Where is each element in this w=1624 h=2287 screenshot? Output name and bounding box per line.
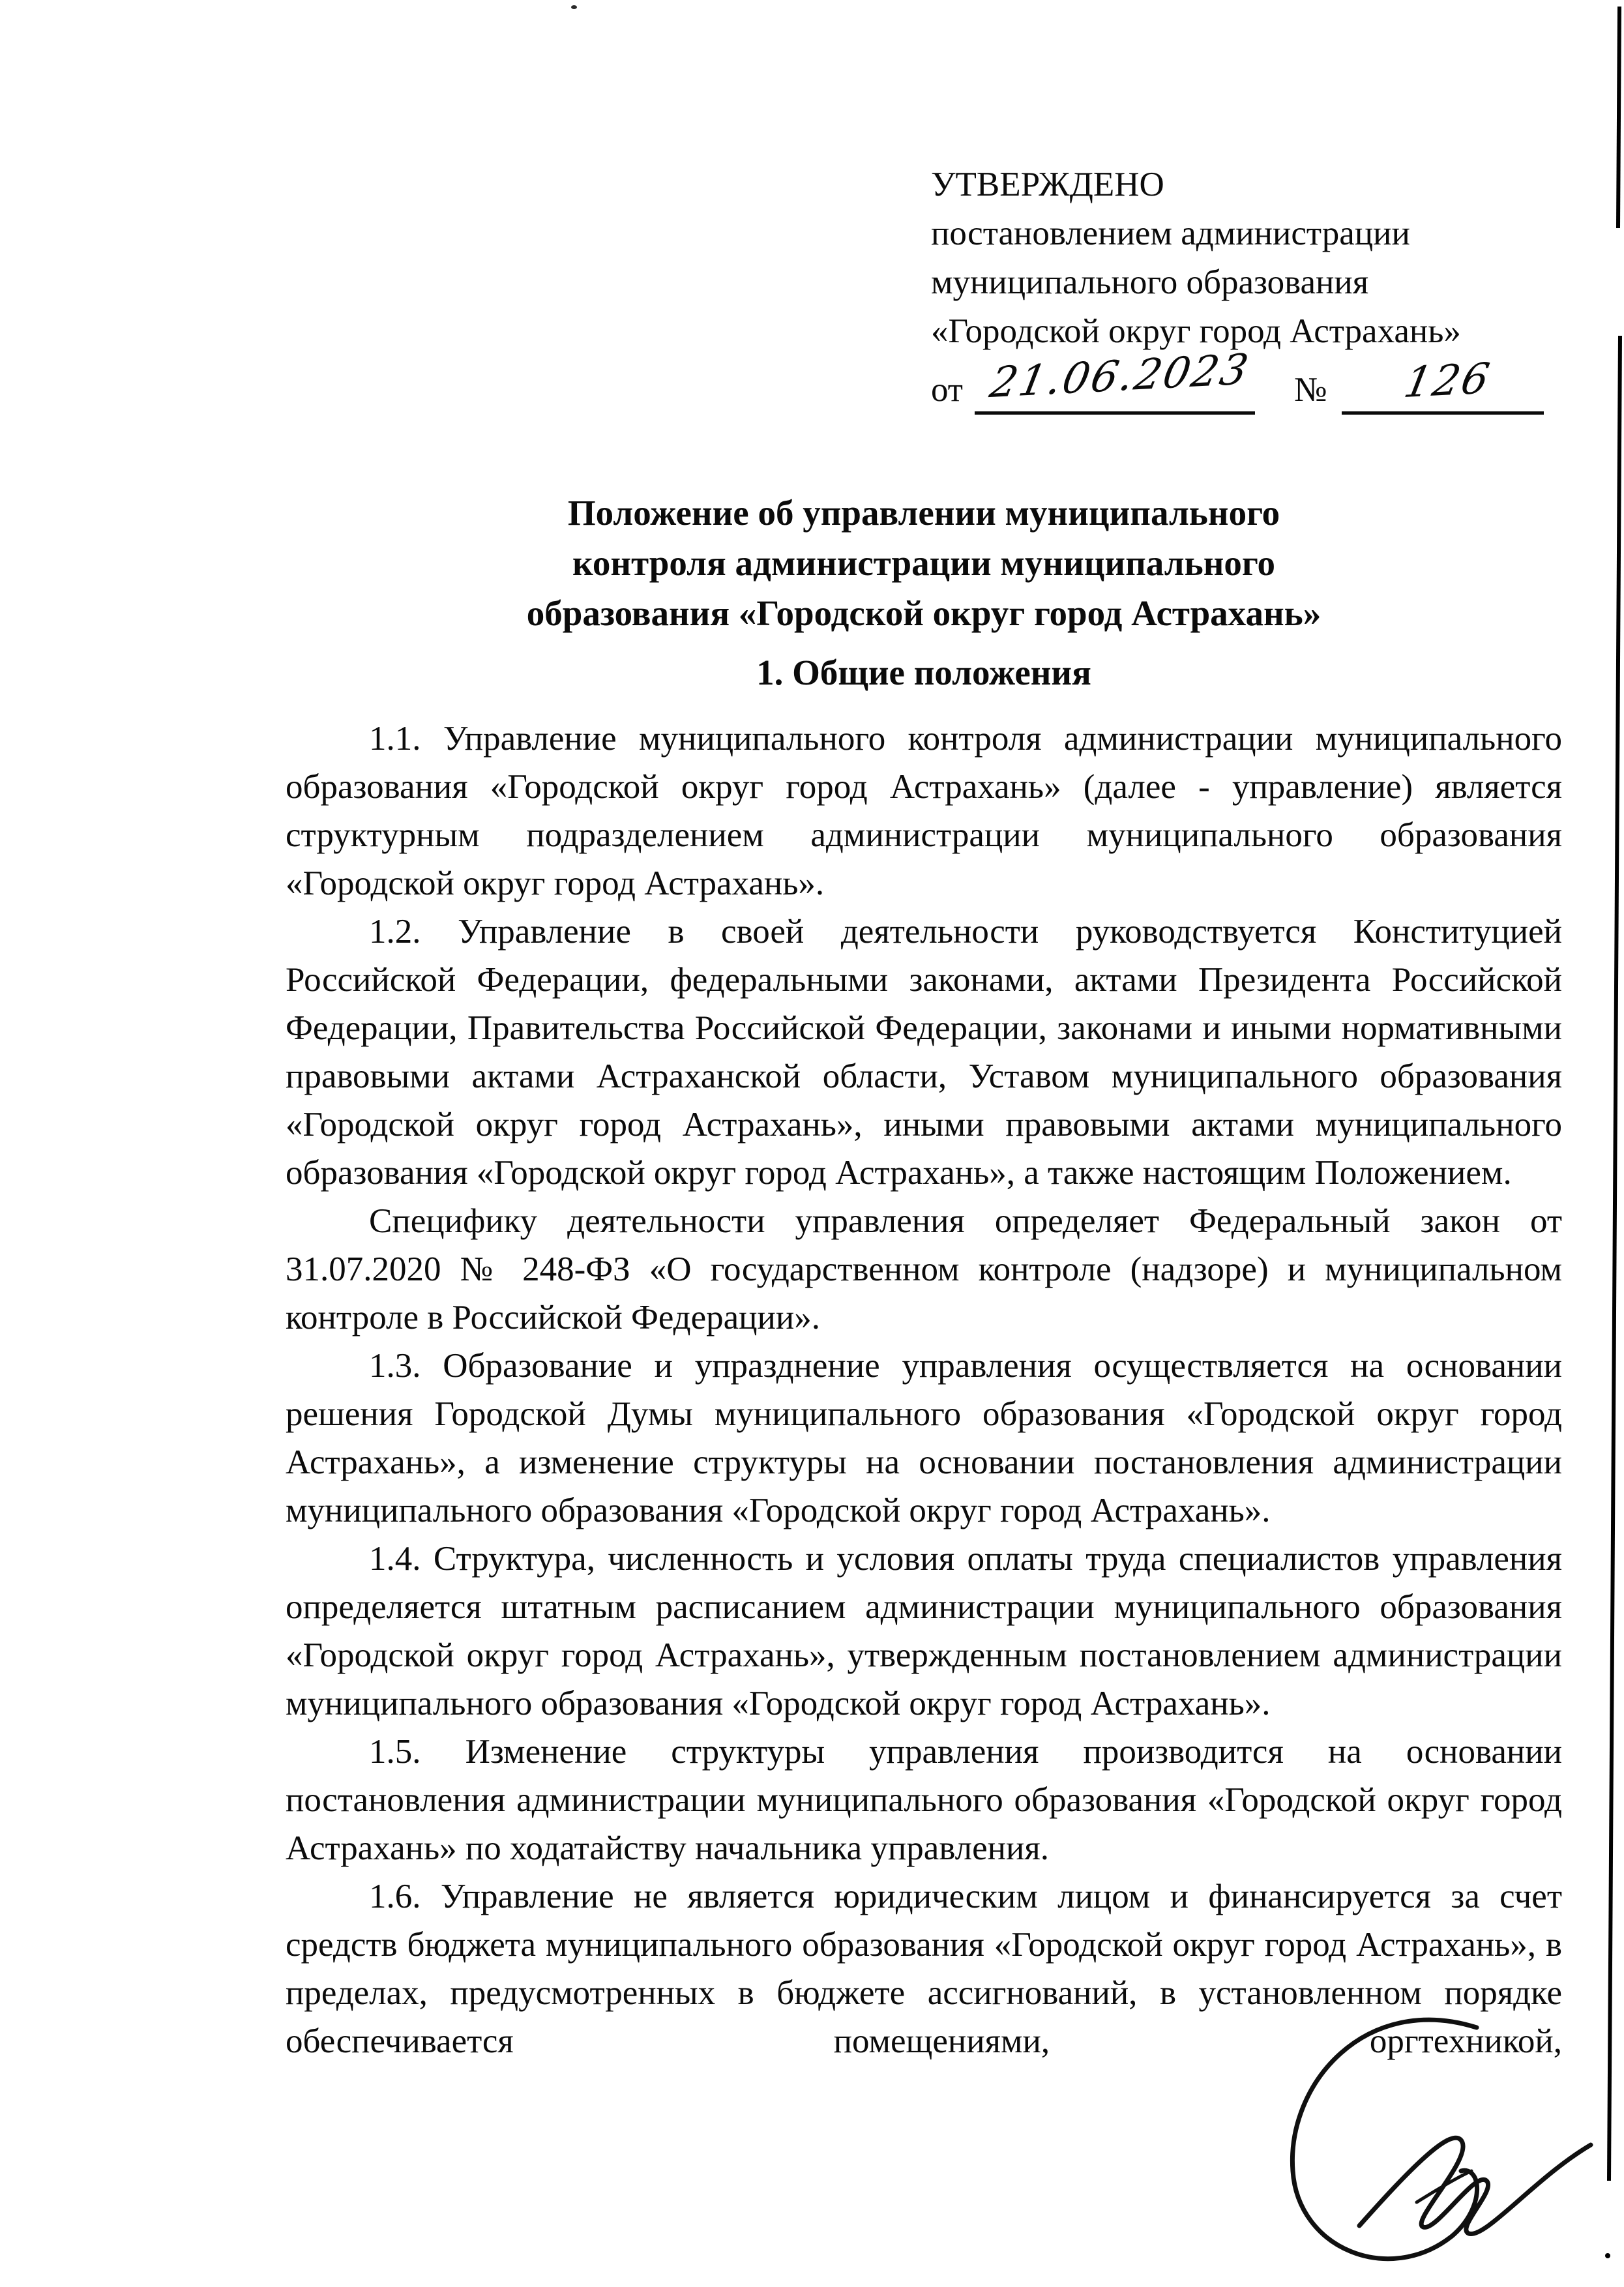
document-body: 1.1. Управление муниципального контроля …	[286, 715, 1562, 2065]
paragraph-1-3: 1.3. Образование и упразднение управлени…	[286, 1342, 1562, 1535]
document-title: Положение об управлении муниципального к…	[286, 488, 1562, 638]
approval-line: УТВЕРЖДЕНО	[931, 160, 1583, 209]
approval-line: муниципального образования	[931, 258, 1583, 307]
paragraph-1-1: 1.1. Управление муниципального контроля …	[286, 715, 1562, 907]
approval-date-row: от 21.06.2023 № 126	[931, 360, 1583, 415]
paragraph-1-2-specifics: Специфику деятельности управления опреде…	[286, 1197, 1562, 1342]
document-title-line: Положение об управлении муниципального	[286, 488, 1562, 538]
number-underline: 126	[1342, 360, 1544, 415]
document-title-line: образования «Городской округ город Астра…	[286, 588, 1562, 638]
document-title-line: контроля администрации муниципального	[286, 538, 1562, 588]
handwritten-number: 126	[1392, 354, 1503, 410]
approval-line: постановлением администрации	[931, 209, 1583, 258]
paragraph-1-2: 1.2. Управление в своей деятельности рук…	[286, 907, 1562, 1197]
page-edge-scan-line	[1601, 0, 1624, 2287]
date-prefix-label: от	[931, 366, 963, 415]
section-heading: 1. Общие положения	[286, 653, 1562, 692]
paragraph-1-4: 1.4. Структура, численность и условия оп…	[286, 1535, 1562, 1728]
document-page: УТВЕРЖДЕНО постановлением администрации …	[0, 0, 1624, 2287]
date-underline: 21.06.2023	[975, 360, 1255, 415]
scan-dot-artifact	[571, 5, 577, 9]
paragraph-1-5: 1.5. Изменение структуры управления прои…	[286, 1728, 1562, 1872]
approval-block: УТВЕРЖДЕНО постановлением администрации …	[931, 160, 1583, 415]
number-sign-label: №	[1294, 366, 1327, 415]
signature	[1262, 2007, 1607, 2287]
